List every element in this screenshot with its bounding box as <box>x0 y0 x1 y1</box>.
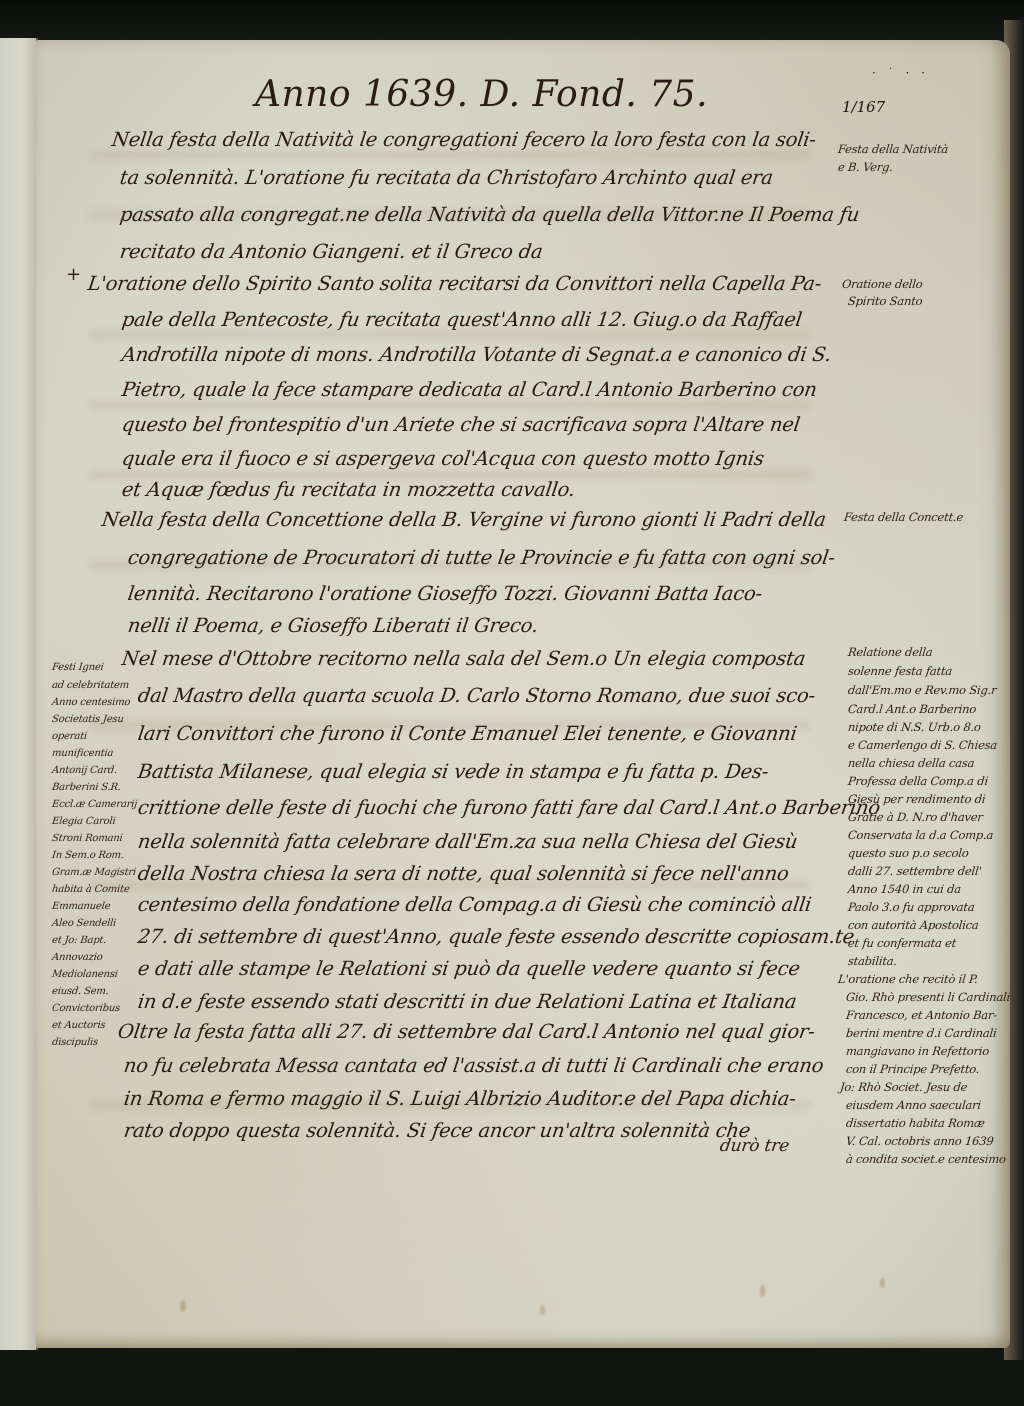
margin-note-line: et fu confermata et <box>847 936 957 950</box>
margin-note-line: e Camerlengo di S. Chiesa <box>847 738 998 752</box>
text-line: questo bel frontespitio d'un Ariete che … <box>120 413 801 436</box>
text-line: nelli il Poema, e Gioseffo Liberati il G… <box>126 614 539 637</box>
margin-note-line: Aleo Sendelli <box>51 918 116 929</box>
margin-note-line: eiusd. Sem. <box>51 986 109 997</box>
text-line: della Nostra chiesa la sera di notte, qu… <box>136 862 790 885</box>
margin-note-line: berini mentre d.i Cardinali <box>845 1026 997 1040</box>
margin-note-line: Giesù per rendimento di <box>847 792 986 806</box>
foxing-stain <box>180 1300 186 1312</box>
margin-note-line: Spirito Santo <box>847 294 923 308</box>
text-line: centesimo della fondatione della Compag.… <box>136 893 812 916</box>
margin-note-line: munificentia <box>51 748 113 759</box>
foxing-stain <box>540 1305 545 1315</box>
text-line: in d.e feste essendo stati descritti in … <box>136 990 798 1013</box>
margin-note-line: Antonij Card. <box>51 765 117 776</box>
margin-note-line: Convictoribus <box>51 1003 120 1014</box>
margin-note-line: Jo: Rhò Societ. Jesu de <box>839 1080 968 1094</box>
text-line: no fu celebrata Messa cantata ed l'assis… <box>122 1054 825 1077</box>
ink-bleed-through <box>90 400 810 410</box>
margin-note-line: ad celebritatem <box>51 680 129 691</box>
margin-note-line: e B. Verg. <box>837 160 893 174</box>
margin-note-line: Professa della Comp.a di <box>847 774 988 788</box>
margin-note-line: Annovazio <box>51 952 103 963</box>
margin-note-line: stabilita. <box>847 954 897 968</box>
margin-note-line: L'oratione che recitò il P. <box>837 972 978 986</box>
text-line: Oltre la festa fatta alli 27. di settemb… <box>116 1020 816 1043</box>
text-line: nella solennità fatta celebrare dall'Em.… <box>136 830 799 853</box>
margin-note-line: Anno 1540 in cui da <box>847 882 961 896</box>
margin-note-line: Anno centesimo <box>51 697 130 708</box>
margin-note-line: Relatione della <box>847 645 933 659</box>
margin-note-line: Francesco, et Antonio Bar- <box>845 1008 998 1022</box>
text-line: in Roma e fermo maggio il S. Luigi Albri… <box>122 1087 797 1110</box>
margin-note-line: solenne festa fatta <box>847 664 953 678</box>
margin-note-line: dall'Em.mo e Rev.mo Sig.r <box>847 683 997 697</box>
margin-note-line: et Jo: Bapt. <box>51 935 106 946</box>
text-line: congregatione de Procuratori di tutte le… <box>126 546 836 569</box>
margin-note-line: habita à Comite <box>51 884 130 895</box>
ink-bleed-through <box>90 150 810 160</box>
text-line: L'oratione dello Spirito Santo solita re… <box>86 272 822 295</box>
margin-note-line: Societatis Jesu <box>51 714 124 725</box>
page-title: Anno 1639. D. Fond. 75. <box>255 74 708 115</box>
margin-note-line: con il Principe Prefetto. <box>845 1062 980 1076</box>
insertion-mark: + <box>66 264 81 285</box>
margin-note-line: Gio. Rhò presenti li Cardinali <box>845 990 1011 1004</box>
text-line: lennità. Recitarono l'oratione Gioseffo … <box>126 582 763 605</box>
margin-note-line: nipote di N.S. Urb.o 8.o <box>847 720 981 734</box>
text-line: recitato da Antonio Giangeni. et il Grec… <box>118 240 544 263</box>
margin-note-line: Festa della Natività <box>837 142 949 156</box>
margin-note-line: Eccl.æ Camerarij <box>51 799 137 810</box>
text-line: passato alla congregat.ne della Natività… <box>118 203 860 226</box>
margin-note-line: Stroni Romani <box>51 833 123 844</box>
margin-note-line: mangiavano in Refettorio <box>845 1044 990 1058</box>
margin-note-line: Paolo 3.o fu approvata <box>847 900 975 914</box>
foxing-stain <box>880 1278 885 1288</box>
margin-note-line: Mediolanensi <box>51 969 118 980</box>
margin-note-line: operati <box>51 731 87 742</box>
margin-note-line: Gram.æ Magistri <box>51 867 136 878</box>
text-line: Androtilla nipote di mons. Androtilla Vo… <box>120 343 832 366</box>
facing-page-edge <box>0 38 38 1350</box>
margin-note-line: dalli 27. settembre dell' <box>847 864 982 878</box>
text-line: Nel mese d'Ottobre recitorno nella sala … <box>120 647 807 670</box>
foxing-stain <box>760 1285 765 1297</box>
catchword: durò tre <box>719 1136 791 1156</box>
margin-note-line: Barberini S.R. <box>51 782 121 793</box>
margin-note-line: Festa della Concett.e <box>843 510 964 524</box>
text-line: 27. di settembre di quest'Anno, quale fe… <box>136 925 855 948</box>
ink-spots: · ˙ · · <box>872 66 929 80</box>
ink-bleed-through <box>90 330 810 340</box>
margin-note-line: In Sem.o Rom. <box>51 850 124 861</box>
text-line: lari Convittori che furono il Conte Eman… <box>136 722 798 745</box>
text-line: Battista Milanese, qual elegia si vede i… <box>136 760 770 783</box>
text-line: Nella festa della Natività le congregati… <box>110 128 817 151</box>
text-line: Nella festa della Concettione della B. V… <box>100 508 827 531</box>
margin-note-line: Festi Ignei <box>51 662 104 673</box>
margin-note-line: dissertatio habita Romæ <box>845 1116 985 1130</box>
margin-note-line: à condita societ.e centesimo <box>845 1152 1006 1166</box>
margin-note-line: Oratione dello <box>841 277 923 291</box>
margin-note-line: Elegia Caroli <box>51 816 116 827</box>
folio-number: 1/167 <box>842 98 885 116</box>
margin-note-line: Conservata la d.a Comp.a <box>847 828 994 842</box>
margin-note-line: Card.l Ant.o Barberino <box>847 702 977 716</box>
margin-note-line: V. Cal. octobris anno 1639 <box>845 1134 994 1148</box>
text-line: Pietro, quale la fece stampare dedicata … <box>120 378 818 401</box>
text-line: e dati alle stampe le Relationi si può d… <box>136 957 801 980</box>
margin-note-line: discipulis <box>51 1037 98 1048</box>
text-line: pale della Pentecoste, fu recitata quest… <box>120 308 803 331</box>
margin-note-line: Gratie à D. N.ro d'haver <box>847 810 983 824</box>
text-line: ta solennità. L'oratione fu recitata da … <box>118 166 774 189</box>
margin-note-line: con autorità Apostolica <box>847 918 979 932</box>
text-line: dal Mastro della quarta scuola D. Carlo … <box>136 684 816 707</box>
dark-background-top <box>0 0 1024 42</box>
margin-note-line: questo suo p.o secolo <box>847 846 969 860</box>
text-line: quale era il fuoco e si aspergeva col'Ac… <box>120 447 765 470</box>
margin-note-line: eiusdem Anno saeculari <box>845 1098 981 1112</box>
margin-note-line: Emmanuele <box>51 901 110 912</box>
margin-note-line: et Auctoris <box>51 1020 105 1031</box>
margin-note-line: nella chiesa della casa <box>847 756 975 770</box>
text-line: rato doppo questa solennità. Si fece anc… <box>122 1119 752 1142</box>
text-line: et Aquæ fœdus fu recitata in mozzetta ca… <box>120 478 576 501</box>
text-line: crittione delle feste di fuochi che furo… <box>136 796 881 819</box>
dark-background-bottom <box>0 1345 1024 1406</box>
